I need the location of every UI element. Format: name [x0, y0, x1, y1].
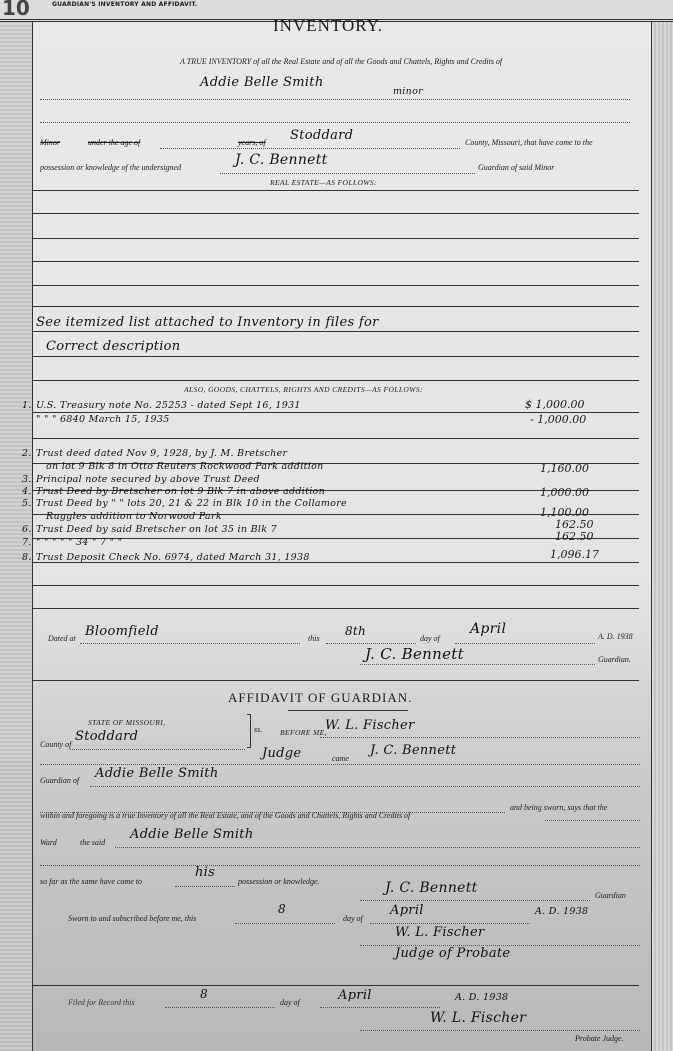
- item-description: Principal note secured by above Trust De…: [36, 474, 260, 485]
- ruled-line: [33, 608, 639, 609]
- item-description: Trust Deposit Check No. 6974, dated Marc…: [36, 552, 310, 563]
- bracket: [247, 714, 251, 748]
- sworn-month: April: [390, 903, 424, 918]
- month-value: April: [470, 621, 506, 637]
- within-line: [545, 820, 640, 821]
- item-description: Trust Deed by said Bretscher on lot 35 i…: [36, 524, 277, 535]
- item-description: U.S. Treasury note No. 25253 - dated Sep…: [36, 400, 301, 411]
- item-number: 7.: [22, 537, 32, 548]
- form-title: GUARDIAN'S INVENTORY AND AFFIDAVIT.: [52, 1, 197, 8]
- guardian-label: Guardian of said Minor: [478, 163, 554, 172]
- filed-month-line: [320, 1007, 440, 1008]
- item-amount: 162.50: [555, 530, 594, 543]
- signature-line: [360, 664, 595, 665]
- ruled-line: [33, 238, 639, 239]
- ad-year-label: A. D. 1938: [598, 632, 633, 641]
- before-me-label: BEFORE ME,: [280, 728, 327, 737]
- item-number: 4.: [22, 486, 32, 497]
- sworn-day: 8: [278, 902, 286, 916]
- county-label: County, Missouri, that have come to the: [465, 138, 593, 147]
- item-number: 3.: [22, 474, 32, 485]
- filed-day: 8: [200, 987, 208, 1001]
- guardian-of-line: [90, 786, 640, 787]
- section-divider: [33, 985, 639, 986]
- item-amount: - 1,000.00: [530, 413, 586, 426]
- dated-at-line: [80, 643, 300, 644]
- ward-line: [40, 99, 630, 100]
- section-divider: [33, 680, 639, 681]
- county-line: [70, 749, 245, 750]
- state-label: STATE OF MISSOURI,: [88, 718, 165, 727]
- judge-title: Judge of Probate: [395, 946, 510, 961]
- filed-month: April: [338, 988, 372, 1003]
- signature-line: [360, 900, 590, 901]
- item-number: 1.: [22, 400, 32, 411]
- inventory-title: INVENTORY.: [273, 16, 383, 36]
- his-line: [175, 886, 235, 887]
- guardian-name: J. C. Bennett: [235, 152, 328, 168]
- this-label: this: [308, 634, 320, 643]
- item-description: " " " " " 34 " 7 " ": [36, 537, 122, 548]
- page-number: 10: [2, 0, 30, 20]
- real-estate-note-line2: Correct description: [46, 339, 180, 354]
- guardian-line: [220, 173, 475, 174]
- came-value: J. C. Bennett: [370, 743, 456, 758]
- item-number: 2.: [22, 448, 32, 459]
- sworn-day-line: [235, 923, 335, 924]
- the-said-label: the said: [80, 838, 105, 847]
- filed-year: A. D. 1938: [455, 992, 508, 1003]
- judge-signature: W. L. Fischer: [395, 925, 485, 940]
- item-number: 6.: [22, 524, 32, 535]
- day-value: 8th: [345, 624, 366, 638]
- item-description: Trust Deed by " " lots 20, 21 & 22 in Bl…: [36, 498, 347, 509]
- guardian-of-value: Addie Belle Smith: [95, 766, 219, 781]
- ruled-line: [33, 438, 639, 439]
- ss-label: ss.: [254, 725, 262, 734]
- item-amount: 1,096.17: [550, 548, 599, 561]
- ward-line: [115, 847, 640, 848]
- county-value: Stoddard: [290, 128, 353, 143]
- ruled-line: [33, 538, 639, 539]
- item-amount: 1,160.00: [540, 462, 589, 475]
- county-label: County of: [40, 740, 71, 749]
- before-me-value: W. L. Fischer: [325, 718, 415, 733]
- item-description: Ruggles addition to Norwood Park: [46, 511, 222, 522]
- guardian-of-label: Guardian of: [40, 776, 79, 785]
- minor-label: Minor: [40, 138, 60, 147]
- before-me-line: [320, 737, 640, 738]
- ruled-line: [33, 213, 639, 214]
- day-of-label: day of: [420, 634, 440, 643]
- officer-title: Judge: [262, 746, 301, 761]
- ward-suffix: minor: [393, 86, 423, 97]
- filed-day-of-label: day of: [280, 998, 300, 1007]
- guardian-signature: J. C. Bennett: [385, 880, 478, 896]
- blank-line: [40, 122, 630, 123]
- ward-name: Addie Belle Smith: [200, 75, 324, 90]
- ruled-line: [33, 285, 639, 286]
- title-underline: [288, 710, 408, 711]
- day-line: [326, 643, 416, 644]
- month-line: [455, 643, 595, 644]
- inventory-intro: A TRUE INVENTORY of all the Real Estate …: [180, 57, 502, 66]
- item-amount: $ 1,000.00: [525, 398, 584, 411]
- came-label: came: [332, 754, 349, 763]
- blank-line: [40, 865, 640, 866]
- within-text: within and foregoing is a true Inventory…: [40, 811, 410, 820]
- probate-line: [360, 1030, 640, 1031]
- goods-heading: ALSO, GOODS, CHATTELS, RIGHTS AND CREDIT…: [184, 385, 423, 394]
- dated-at-label: Dated at: [48, 634, 76, 643]
- probate-signature: W. L. Fischer: [430, 1010, 526, 1026]
- his-value: his: [195, 865, 215, 880]
- item-description: Trust deed dated Nov 9, 1928, by J. M. B…: [36, 448, 287, 459]
- item-description: on lot 9 Blk 8 in Otto Reuters Rockwood …: [46, 461, 324, 472]
- guardian-title: Guardian: [595, 891, 626, 900]
- possession-label: possession or knowledge of the undersign…: [40, 163, 181, 172]
- item-number: 5.: [22, 498, 32, 509]
- county-value: Stoddard: [75, 729, 138, 744]
- item-amount: 1,000.00: [540, 486, 589, 499]
- guardian-title: Guardian.: [598, 655, 631, 664]
- came-line: [40, 764, 640, 765]
- ruled-line: [33, 190, 639, 191]
- sworn-month-line: [370, 923, 530, 924]
- ruled-line: [33, 306, 639, 307]
- day-of-label: day of: [343, 914, 363, 923]
- so-far-label: so far as the same have come to: [40, 877, 142, 886]
- sworn-text: Sworn to and subscribed before me, this: [68, 914, 196, 923]
- real-estate-note-line1: See itemized list attached to Inventory …: [36, 315, 379, 330]
- dated-at-value: Bloomfield: [85, 624, 159, 639]
- affidavit-title: AFFIDAVIT OF GUARDIAN.: [228, 690, 412, 706]
- ruled-line: [33, 356, 639, 357]
- ward-label: Ward: [40, 838, 57, 847]
- under-age-label: under the age of: [88, 138, 140, 147]
- item-number: 8.: [22, 552, 32, 563]
- real-estate-heading: REAL ESTATE—AS FOLLOWS:: [270, 178, 377, 187]
- item-description: Trust Deed by Bretscher on lot 9 Blk 7 i…: [36, 486, 325, 497]
- filed-label: Filed for Record this: [68, 998, 135, 1007]
- years-of-label: years, of: [238, 138, 266, 147]
- county-line: [160, 148, 460, 149]
- ruled-line: [33, 585, 639, 586]
- possession-label: possession or knowledge.: [238, 877, 320, 886]
- probate-title: Probate Judge.: [575, 1034, 624, 1043]
- sworn-label: and being sworn, says that the: [510, 803, 607, 812]
- filed-day-line: [165, 1007, 275, 1008]
- ruled-line: [33, 380, 639, 381]
- ruled-line: [33, 261, 639, 262]
- sworn-year: A. D. 1938: [535, 906, 588, 917]
- ward-value: Addie Belle Smith: [130, 827, 254, 842]
- item-description: " " " 6840 March 15, 1935: [36, 414, 170, 425]
- right-binding-margin: [651, 0, 673, 1051]
- guardian-signature: J. C. Bennett: [365, 645, 464, 663]
- ruled-line: [33, 331, 639, 332]
